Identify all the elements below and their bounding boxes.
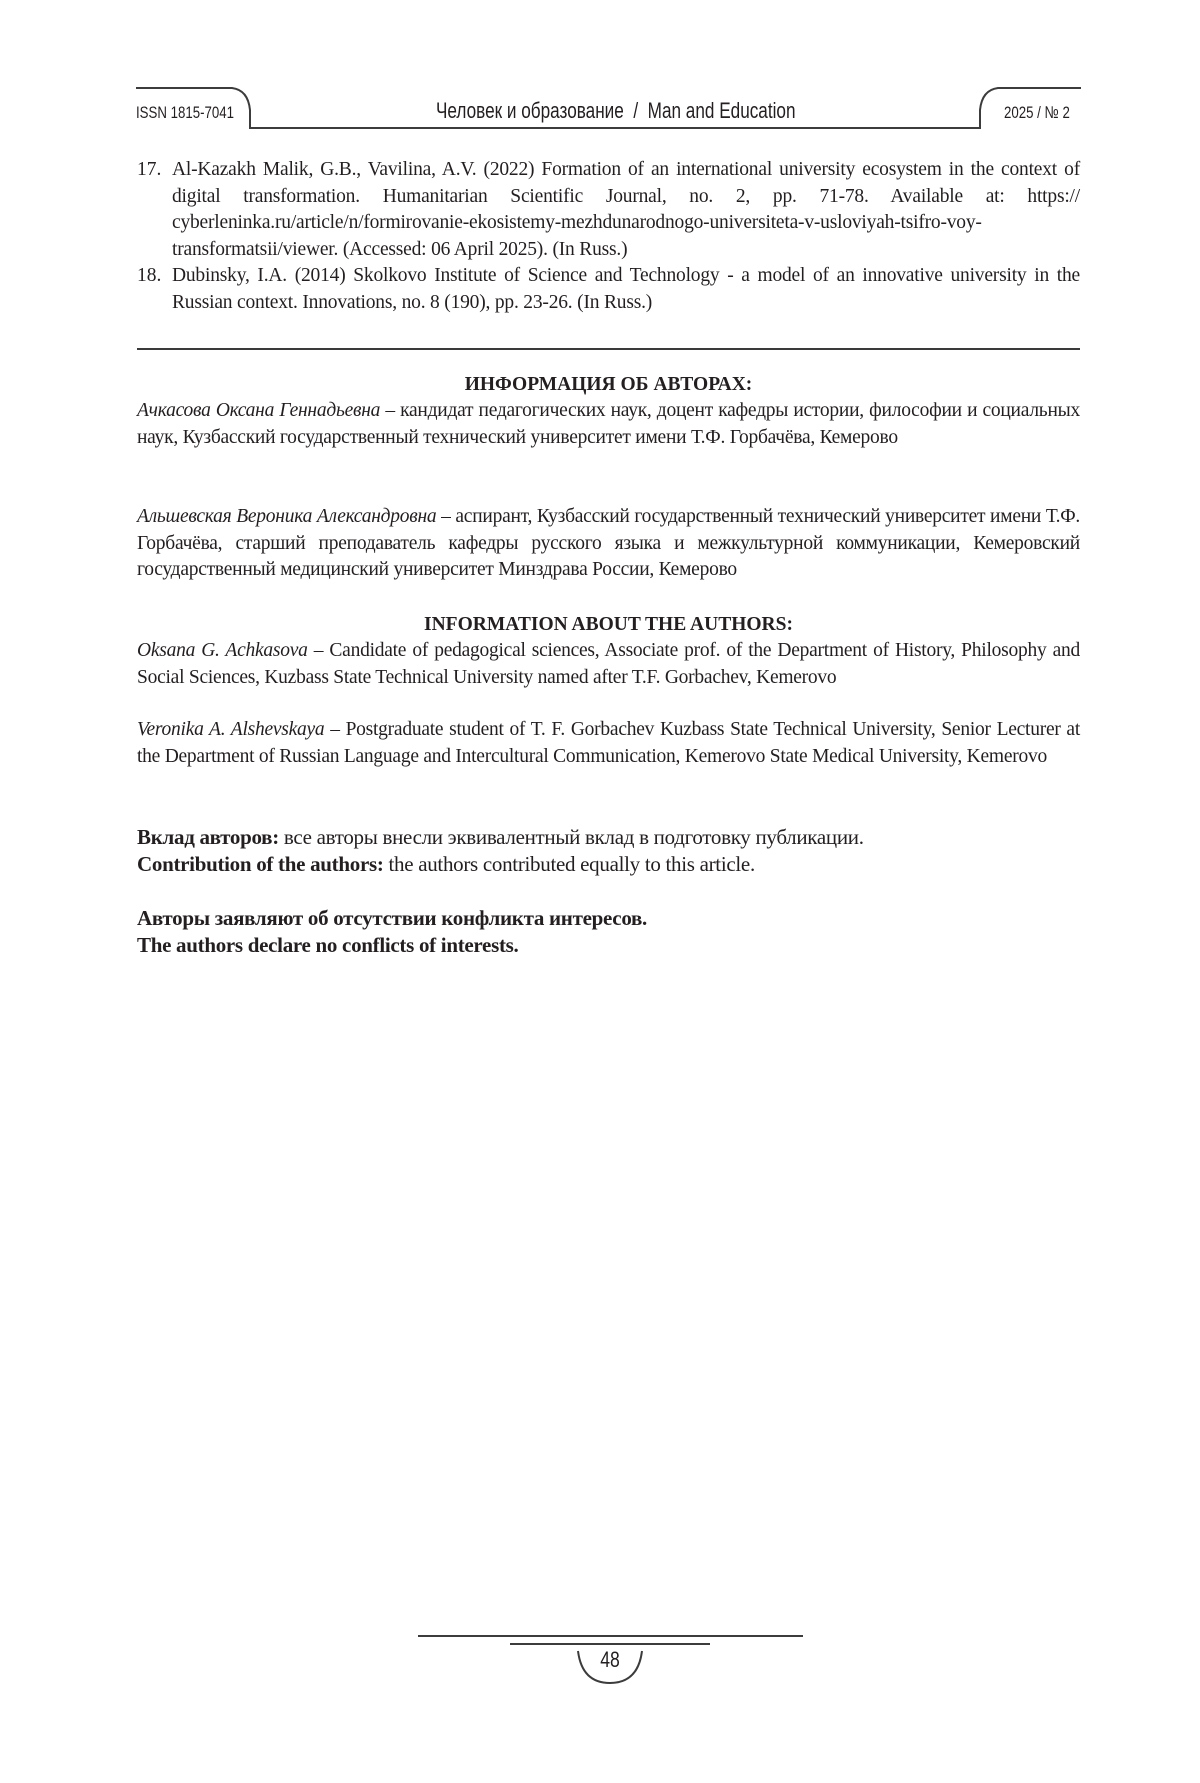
journal-title: Человек и образование / Man and Educatio… xyxy=(436,98,796,124)
reference-item: 17. Al-Kazakh Malik, G.B., Vavilina, A.V… xyxy=(137,157,1080,263)
reference-text: Dubinsky, I.A. (2014) Skolkovo Institute… xyxy=(172,263,1080,316)
page-number: 48 xyxy=(586,1647,634,1673)
contribution-text-ru: все авторы внесли эквивалентный вклад в … xyxy=(279,825,864,849)
authors-info-title-ru: ИНФОРМАЦИЯ ОБ АВТОРАХ: xyxy=(137,372,1080,399)
issn: ISSN 1815-7041 xyxy=(136,103,234,123)
author-entry-ru: Альшевская Вероника Александровна – аспи… xyxy=(137,504,1080,584)
contribution-label-en: Contribution of the authors: xyxy=(137,852,384,876)
author-name: Альшевская Вероника Александровна xyxy=(137,506,436,527)
author-name: Ачкасова Оксана Геннадьевна xyxy=(137,400,380,421)
author-entry-en: Veronika A. Alshevskaya – Postgraduate s… xyxy=(137,717,1080,770)
conflict-en: The authors declare no conflicts of inte… xyxy=(137,933,518,957)
author-entry-ru: Ачкасова Оксана Геннадьевна – кандидат п… xyxy=(137,398,1080,451)
reference-list: 17. Al-Kazakh Malik, G.B., Vavilina, A.V… xyxy=(137,157,1080,316)
contribution-label-ru: Вклад авторов: xyxy=(137,825,279,849)
author-name: Oksana G. Achkasova xyxy=(137,640,308,661)
reference-number: 18. xyxy=(137,263,172,316)
authors-info-title-en: INFORMATION ABOUT THE AUTHORS: xyxy=(137,612,1080,639)
contribution-statement: Вклад авторов: все авторы внесли эквивал… xyxy=(137,824,1080,878)
reference-number: 17. xyxy=(137,157,172,263)
journal-page: ISSN 1815-7041 Человек и образование / M… xyxy=(0,0,1200,1783)
issue-number: 2025 / № 2 xyxy=(1004,103,1070,123)
conflict-statement: Авторы заявляют об отсутствии конфликта … xyxy=(137,905,1080,959)
author-name: Veronika A. Alshevskaya xyxy=(137,719,324,740)
reference-item: 18. Dubinsky, I.A. (2014) Skolkovo Insti… xyxy=(137,263,1080,316)
section-divider xyxy=(137,348,1080,350)
author-entry-en: Oksana G. Achkasova – Candidate of pedag… xyxy=(137,638,1080,691)
contribution-en: Contribution of the authors: the authors… xyxy=(137,851,1080,878)
conflict-ru: Авторы заявляют об отсутствии конфликта … xyxy=(137,906,647,930)
contribution-text-en: the authors contributed equally to this … xyxy=(384,852,755,876)
contribution-ru: Вклад авторов: все авторы внесли эквивал… xyxy=(137,824,1080,851)
reference-text: Al-Kazakh Malik, G.B., Vavilina, A.V. (2… xyxy=(172,157,1080,263)
